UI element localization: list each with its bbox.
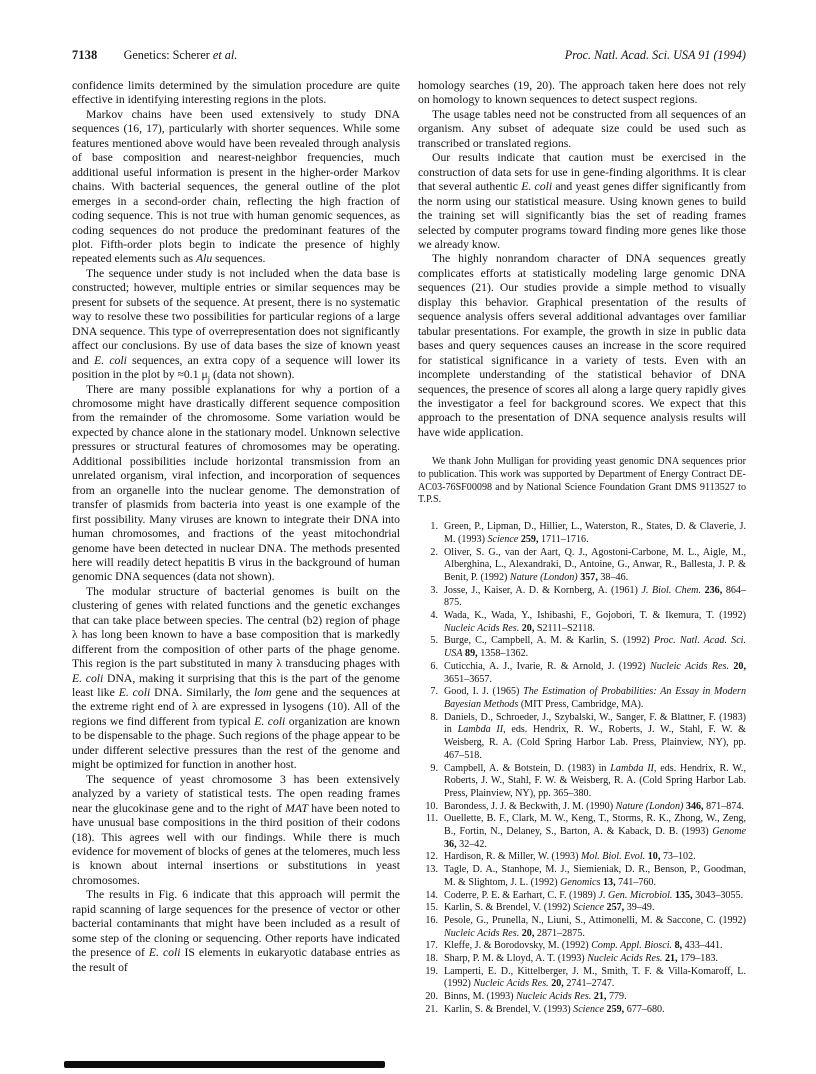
reference-item: 7.Good, I. J. (1965) The Estimation of P…	[418, 686, 746, 711]
reference-text: Daniels, D., Schroeder, J., Szybalski, W…	[444, 712, 746, 763]
reference-number: 14.	[418, 890, 444, 903]
scan-artifact-bar	[64, 1061, 385, 1068]
journal-citation: Proc. Natl. Acad. Sci. USA 91 (1994)	[565, 48, 746, 63]
reference-item: 21.Karlin, S. & Brendel, V. (1993) Scien…	[418, 1004, 746, 1017]
body-paragraph: Our results indicate that caution must b…	[418, 151, 746, 252]
body-paragraph: The results in Fig. 6 indicate that this…	[72, 888, 400, 975]
page-header: 7138 Genetics: Scherer et al. Proc. Natl…	[72, 48, 746, 63]
reference-item: 16.Pesole, G., Prunella, N., Liuni, S., …	[418, 915, 746, 940]
right-column: homology searches (19, 20). The approach…	[418, 79, 746, 1017]
reference-text: Wada, K., Wada, Y., Ishibashi, F., Gojob…	[444, 610, 746, 635]
reference-text: Campbell, A. & Botstein, D. (1983) in La…	[444, 763, 746, 801]
reference-text: Ouellette, B. F., Clark, M. W., Keng, T.…	[444, 813, 746, 851]
reference-number: 19.	[418, 966, 444, 991]
left-column: confidence limits determined by the simu…	[72, 79, 400, 1017]
reference-item: 13.Tagle, D. A., Stanhope, M. J., Siemie…	[418, 864, 746, 889]
reference-number: 13.	[418, 864, 444, 889]
reference-number: 4.	[418, 610, 444, 635]
reference-number: 3.	[418, 585, 444, 610]
reference-text: Josse, J., Kaiser, A. D. & Kornberg, A. …	[444, 585, 746, 610]
reference-text: Sharp, P. M. & Lloyd, A. T. (1993) Nucle…	[444, 953, 746, 966]
body-paragraph: There are many possible explanations for…	[72, 383, 400, 585]
reference-text: Barondess, J. J. & Beckwith, J. M. (1990…	[444, 801, 746, 814]
journal-page: 7138 Genetics: Scherer et al. Proc. Natl…	[0, 0, 816, 1074]
body-paragraph: The highly nonrandom character of DNA se…	[418, 252, 746, 440]
reference-number: 21.	[418, 1004, 444, 1017]
reference-text: Cuticchia, A. J., Ivarie, R. & Arnold, J…	[444, 661, 746, 686]
header-left: 7138 Genetics: Scherer et al.	[72, 48, 237, 63]
reference-number: 8.	[418, 712, 444, 763]
reference-text: Karlin, S. & Brendel, V. (1992) Science …	[444, 902, 746, 915]
reference-text: Good, I. J. (1965) The Estimation of Pro…	[444, 686, 746, 711]
body-paragraph: The usage tables need not be constructed…	[418, 108, 746, 151]
reference-number: 1.	[418, 521, 444, 546]
reference-number: 2.	[418, 547, 444, 585]
reference-list: 1.Green, P., Lipman, D., Hillier, L., Wa…	[418, 521, 746, 1016]
reference-item: 1.Green, P., Lipman, D., Hillier, L., Wa…	[418, 521, 746, 546]
reference-item: 9.Campbell, A. & Botstein, D. (1983) in …	[418, 763, 746, 801]
reference-item: 5.Burge, C., Campbell, A. M. & Karlin, S…	[418, 635, 746, 660]
reference-text: Oliver, S. G., van der Aart, Q. J., Agos…	[444, 547, 746, 585]
reference-number: 10.	[418, 801, 444, 814]
reference-item: 15.Karlin, S. & Brendel, V. (1992) Scien…	[418, 902, 746, 915]
reference-text: Green, P., Lipman, D., Hillier, L., Wate…	[444, 521, 746, 546]
reference-item: 12.Hardison, R. & Miller, W. (1993) Mol.…	[418, 851, 746, 864]
reference-number: 12.	[418, 851, 444, 864]
reference-text: Kleffe, J. & Borodovsky, M. (1992) Comp.…	[444, 940, 746, 953]
reference-item: 20.Binns, M. (1993) Nucleic Acids Res. 2…	[418, 991, 746, 1004]
reference-number: 16.	[418, 915, 444, 940]
reference-text: Lamperti, E. D., Kittelberger, J. M., Sm…	[444, 966, 746, 991]
reference-text: Karlin, S. & Brendel, V. (1993) Science …	[444, 1004, 746, 1017]
reference-text: Hardison, R. & Miller, W. (1993) Mol. Bi…	[444, 851, 746, 864]
body-paragraph: The sequence of yeast chromosome 3 has b…	[72, 773, 400, 889]
reference-number: 7.	[418, 686, 444, 711]
reference-number: 15.	[418, 902, 444, 915]
reference-number: 9.	[418, 763, 444, 801]
body-paragraph: homology searches (19, 20). The approach…	[418, 79, 746, 108]
reference-text: Coderre, P. E. & Earhart, C. F. (1989) J…	[444, 890, 746, 903]
reference-item: 4.Wada, K., Wada, Y., Ishibashi, F., Goj…	[418, 610, 746, 635]
reference-text: Tagle, D. A., Stanhope, M. J., Siemienia…	[444, 864, 746, 889]
reference-number: 5.	[418, 635, 444, 660]
acknowledgment: We thank John Mulligan for providing yea…	[418, 456, 746, 507]
reference-number: 6.	[418, 661, 444, 686]
body-paragraph: Markov chains have been used extensively…	[72, 108, 400, 267]
text-columns: confidence limits determined by the simu…	[72, 79, 746, 1017]
reference-item: 2.Oliver, S. G., van der Aart, Q. J., Ag…	[418, 547, 746, 585]
body-paragraph: confidence limits determined by the simu…	[72, 79, 400, 108]
reference-number: 20.	[418, 991, 444, 1004]
reference-number: 11.	[418, 813, 444, 851]
page-number: 7138	[72, 48, 98, 63]
body-paragraph: The sequence under study is not included…	[72, 267, 400, 383]
reference-number: 18.	[418, 953, 444, 966]
reference-text: Burge, C., Campbell, A. M. & Karlin, S. …	[444, 635, 746, 660]
body-paragraph: The modular structure of bacterial genom…	[72, 585, 400, 773]
reference-number: 17.	[418, 940, 444, 953]
reference-text: Pesole, G., Prunella, N., Liuni, S., Att…	[444, 915, 746, 940]
reference-item: 6.Cuticchia, A. J., Ivarie, R. & Arnold,…	[418, 661, 746, 686]
reference-item: 11.Ouellette, B. F., Clark, M. W., Keng,…	[418, 813, 746, 851]
running-head: Genetics: Scherer et al.	[124, 48, 238, 63]
reference-item: 8.Daniels, D., Schroeder, J., Szybalski,…	[418, 712, 746, 763]
reference-item: 19.Lamperti, E. D., Kittelberger, J. M.,…	[418, 966, 746, 991]
reference-item: 14.Coderre, P. E. & Earhart, C. F. (1989…	[418, 890, 746, 903]
reference-item: 18.Sharp, P. M. & Lloyd, A. T. (1993) Nu…	[418, 953, 746, 966]
reference-text: Binns, M. (1993) Nucleic Acids Res. 21, …	[444, 991, 746, 1004]
reference-item: 17.Kleffe, J. & Borodovsky, M. (1992) Co…	[418, 940, 746, 953]
reference-item: 10.Barondess, J. J. & Beckwith, J. M. (1…	[418, 801, 746, 814]
reference-item: 3.Josse, J., Kaiser, A. D. & Kornberg, A…	[418, 585, 746, 610]
